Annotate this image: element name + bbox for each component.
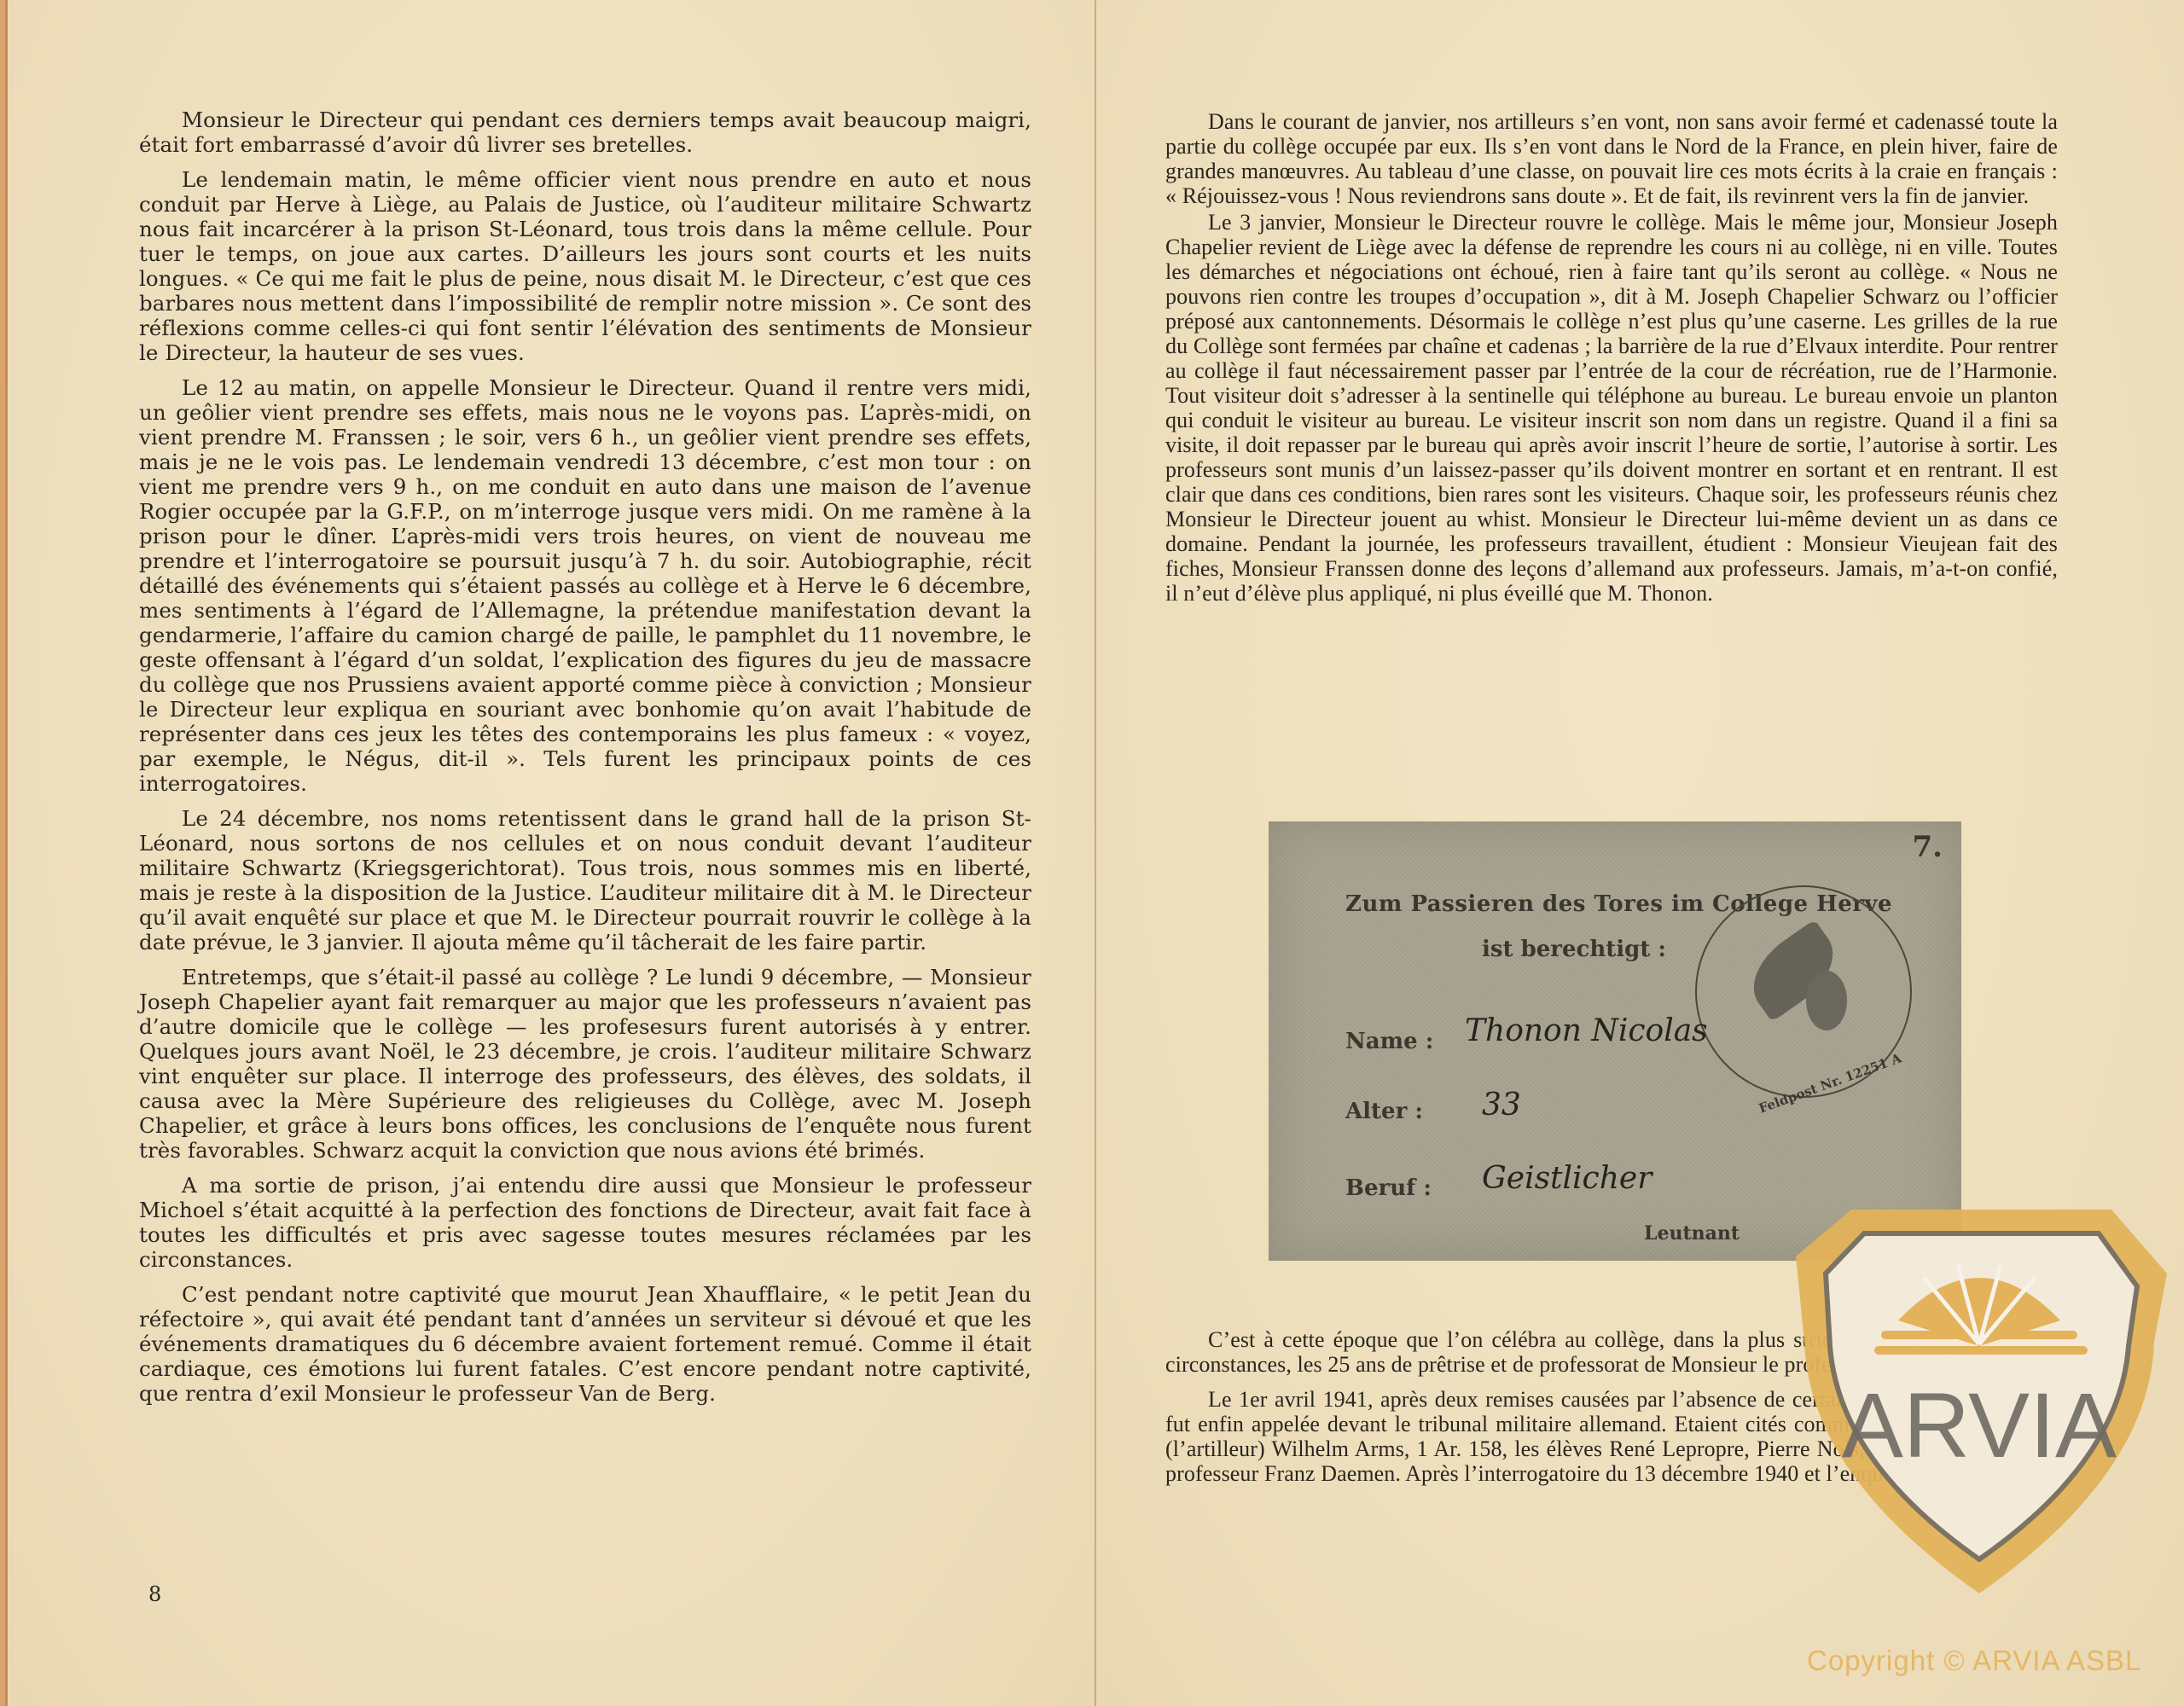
profession-value: Geistlicher	[1482, 1161, 1652, 1196]
page-number: 8	[148, 1582, 161, 1606]
signature-rank: Leutnant	[1644, 1222, 1740, 1245]
paragraph: Monsieur le Directeur qui pendant ces de…	[139, 107, 1031, 157]
right-text-column-bottom: C’est à cette époque que l’on célébra au…	[1165, 1327, 2058, 1496]
copyright-notice: Copyright © ARVIA ASBL	[1807, 1645, 2141, 1677]
paragraph: Le lendemain matin, le même officier vie…	[139, 167, 1031, 365]
pass-header-sub: ist berechtigt :	[1482, 937, 1666, 962]
paragraph: C’est pendant notre captivité que mourut…	[139, 1282, 1031, 1406]
profession-label: Beruf :	[1345, 1175, 1432, 1201]
paragraph: Dans le courant de janvier, nos artilleu…	[1165, 109, 2058, 208]
right-text-column-top: Dans le courant de janvier, nos artilleu…	[1165, 109, 2058, 616]
paragraph: Le 3 janvier, Monsieur le Directeur rouv…	[1165, 210, 2058, 606]
name-value: Thonon Nicolas	[1465, 1013, 1708, 1048]
corner-mark: 7.	[1913, 830, 1943, 864]
paragraph: Le 12 au matin, on appelle Monsieur le D…	[139, 375, 1031, 796]
paragraph: C’est à cette époque que l’on célébra au…	[1165, 1327, 2058, 1377]
left-text-column: Monsieur le Directeur qui pendant ces de…	[139, 107, 1031, 1416]
age-value: 33	[1482, 1088, 1521, 1123]
paragraph: Le 24 décembre, nos noms retentissent da…	[139, 806, 1031, 955]
left-page: Monsieur le Directeur qui pendant ces de…	[0, 0, 1095, 1706]
document-photo-laissez-passer: 7. Zum Passieren des Tores im College He…	[1269, 821, 1961, 1261]
paragraph: Le 1er avril 1941, après deux remises ca…	[1165, 1387, 2058, 1486]
age-label: Alter :	[1345, 1099, 1423, 1124]
paragraph: A ma sortie de prison, j’ai entendu dire…	[139, 1173, 1031, 1272]
paragraph: Entretemps, que s’était-il passé au coll…	[139, 965, 1031, 1163]
stamp-emblem-icon	[1806, 971, 1847, 1030]
name-label: Name :	[1345, 1029, 1433, 1054]
